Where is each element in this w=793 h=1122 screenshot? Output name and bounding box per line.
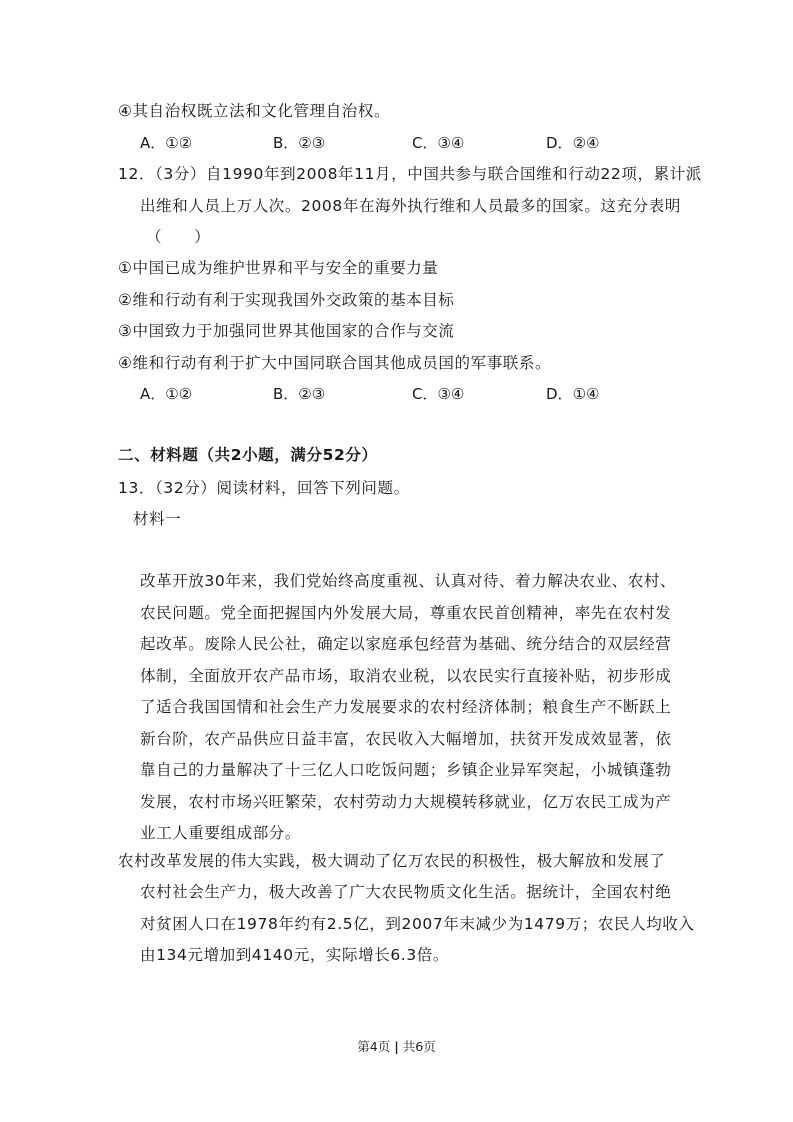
q12-answer-blank: （ ） xyxy=(146,227,210,247)
material-1-line: 起改革。废除人民公社，确定以家庭承包经营为基础、统分结合的双层经营 xyxy=(140,634,671,654)
material-1-line: 体制，全面放开农产品市场，取消农业税，以农民实行直接补贴，初步形成 xyxy=(140,666,671,686)
q11-choice-b: B．②③ xyxy=(273,133,325,153)
material-1-line: 业工人重要组成部分。 xyxy=(140,823,301,843)
page-footer: 第4页|共6页 xyxy=(0,1038,793,1056)
material-1-line: 发展，农村市场兴旺繁荣，农村劳动力大规模转移就业，亿万农民工成为产 xyxy=(140,792,671,812)
q12-option-3: ③中国致力于加强同世界其他国家的合作与交流 xyxy=(118,321,455,341)
q11-choice-c: C．③④ xyxy=(412,133,464,153)
q12-choice-a: A．①② xyxy=(140,384,192,404)
page-separator: | xyxy=(394,1039,399,1054)
paragraph-2-line: 农村社会生产力，极大改善了广大农民物质文化生活。据统计，全国农村绝 xyxy=(140,882,671,902)
material-1-line: 了适合我国国情和社会生产力发展要求的农村经济体制；粮食生产不断跃上 xyxy=(140,697,671,717)
q12-choices: A．①② B．②③ C．③④ D．①④ xyxy=(140,384,700,404)
q12-stem-line-2: 出维和人员上万人次。2008年在海外执行维和人员最多的国家。这充分表明 xyxy=(140,196,681,216)
q12-option-2: ②维和行动有利于实现我国外交政策的基本目标 xyxy=(118,290,455,310)
q11-choices: A．①② B．②③ C．③④ D．②④ xyxy=(140,133,700,153)
q12-choice-c: C．③④ xyxy=(412,384,464,404)
q11-choice-d: D．②④ xyxy=(546,133,599,153)
q11-option-4: ④其自治权既立法和文化管理自治权。 xyxy=(118,101,390,121)
paragraph-2-line: 由134元增加到4140元，实际增长6.3倍。 xyxy=(140,945,449,965)
material-1-line: 农民问题。党全面把握国内外发展大局，尊重农民首创精神，率先在农村发 xyxy=(140,603,671,623)
q12-option-1: ①中国已成为维护世界和平与安全的重要力量 xyxy=(118,258,438,278)
q12-choice-b: B．②③ xyxy=(273,384,325,404)
page-current: 第4页 xyxy=(357,1039,390,1054)
q13-stem: 13．（32分）阅读材料，回答下列问题。 xyxy=(118,478,410,498)
material-1-line: 新台阶，农产品供应日益丰富，农民收入大幅增加，扶贫开发成效显著，依 xyxy=(140,729,671,749)
material-label: 材料一 xyxy=(133,509,181,529)
q12-stem-line-1: 12．（3分）自1990年到2008年11月，中国共参与联合国维和行动22项，累… xyxy=(118,164,702,184)
material-1-line: 靠自己的力量解决了十三亿人口吃饭问题；乡镇企业异军突起，小城镇蓬勃 xyxy=(140,760,671,780)
material-1-line: 改革开放30年来，我们党始终高度重视、认真对待、着力解决农业、农村、 xyxy=(140,571,676,591)
section-heading: 二、材料题（共2小题，满分52分） xyxy=(118,445,378,465)
page-total: 共6页 xyxy=(403,1039,436,1054)
q12-option-4: ④维和行动有利于扩大中国同联合国其他成员国的军事联系。 xyxy=(118,353,551,373)
paragraph-2-line: 农村改革发展的伟大实践，极大调动了亿万农民的积极性，极大解放和发展了 xyxy=(118,851,665,871)
q12-choice-d: D．①④ xyxy=(546,384,599,404)
paragraph-2-line: 对贫困人口在1978年约有2.5亿，到2007年末减少为1479万；农民人均收入 xyxy=(140,914,695,934)
q11-choice-a: A．①② xyxy=(140,133,192,153)
